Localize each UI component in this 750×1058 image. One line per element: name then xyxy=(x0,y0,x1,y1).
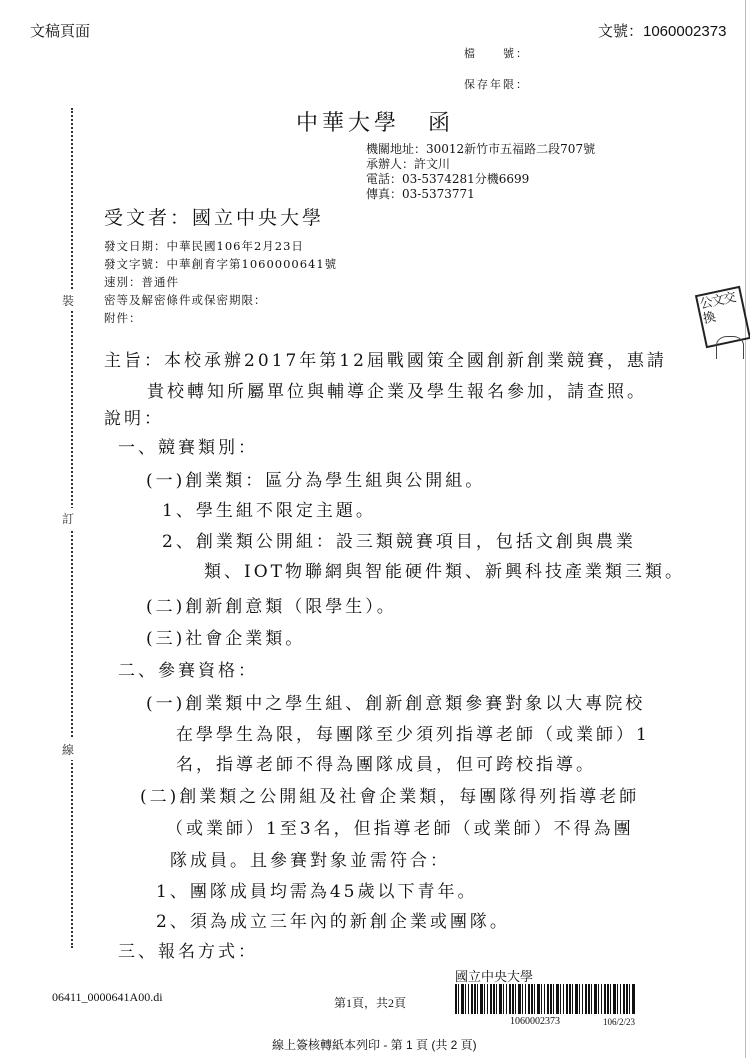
stamp-mark xyxy=(716,336,744,359)
body-line: (二)創業類之公開組及社會企業類，每團隊得列指導老師 xyxy=(140,782,639,807)
page-edge-line xyxy=(745,0,746,1058)
body-line: 類、IOT物聯網與智能硬件類、新興科技產業類三類。 xyxy=(204,557,685,582)
explanation-label: 說明： xyxy=(104,404,164,429)
body-line: （或業師）1至3名，但指導老師（或業師）不得為團 xyxy=(166,814,634,839)
sender-contact-person: 承辦人：許文川 xyxy=(366,157,595,172)
barcode-number: 1060002373 xyxy=(510,1016,560,1027)
title-organization: 中華大學 xyxy=(296,111,400,136)
sender-address: 機關地址：30012新竹市五福路二段707號 xyxy=(366,142,595,157)
confidentiality: 密等及解密條件或保密期限： xyxy=(104,292,267,308)
retention-period-label: 保存年限： xyxy=(464,76,529,92)
issue-reference-number: 發文字號：中華創育字第1060000641號 xyxy=(104,256,337,272)
body-line: 在學學生為限，每團隊至少須列指導老師（或業師）1 xyxy=(176,720,650,745)
binding-mark-xian: 線 xyxy=(62,739,74,760)
footer-file-name: 06411_0000641A00.di xyxy=(52,990,163,1005)
barcode-date: 106/2/23 xyxy=(603,1017,635,1027)
binding-mark-ding: 訂 xyxy=(62,508,74,529)
letter-title: 中華大學函 xyxy=(296,106,454,137)
sender-info: 機關地址：30012新竹市五福路二段707號 承辦人：許文川 電話：03-537… xyxy=(366,142,595,202)
section-heading: 三、報名方式： xyxy=(118,937,258,962)
body-line: (一)創業類中之學生組、創新創意類參賽對象以大專院校 xyxy=(146,689,645,714)
body-line: 隊成員。且參賽對象並需符合： xyxy=(170,846,450,871)
footer-page-indicator: 第1頁，共2頁 xyxy=(334,994,406,1011)
file-number-label: 檔 號： xyxy=(464,45,529,61)
barcode xyxy=(455,984,635,1014)
body-line: 2、創業類公開組：設三類競賽項目，包括文創與農業 xyxy=(162,527,636,552)
issue-date: 發文日期：中華民國106年2月23日 xyxy=(104,238,304,254)
body-line: (三)社會企業類。 xyxy=(146,624,305,649)
recipient: 受文者：國立中央大學 xyxy=(104,203,324,230)
binding-mark-zhuang: 裝 xyxy=(62,290,74,311)
delivery-speed: 速別：普通件 xyxy=(104,274,179,290)
sender-phone: 電話：03-5374281分機6699 xyxy=(366,172,595,187)
subject-line-2: 貴校轉知所屬單位與輔導企業及學生報名參加，請查照。 xyxy=(147,377,647,402)
section-heading: 二、參賽資格： xyxy=(118,656,258,681)
body-line: 1、學生組不限定主題。 xyxy=(162,496,376,521)
body-line: 名，指導老師不得為團隊成員，但可跨校指導。 xyxy=(176,750,596,775)
page-type-label: 文稿頁面 xyxy=(30,20,90,41)
attachments: 附件： xyxy=(104,310,142,326)
print-note: 線上簽核轉紙本列印 - 第 1 頁 (共 2 頁) xyxy=(272,1036,477,1053)
body-line: 2、須為成立三年內的新創企業或團隊。 xyxy=(156,907,510,932)
body-line: 1、團隊成員均需為45歲以下青年。 xyxy=(156,877,477,902)
body-line: (一)創業類：區分為學生組與公開組。 xyxy=(146,466,485,491)
body-line: (二)創新創意類（限學生）。 xyxy=(146,592,397,617)
section-heading: 一、競賽類別： xyxy=(118,433,258,458)
title-document-type: 函 xyxy=(428,111,454,136)
barcode-organization: 國立中央大學 xyxy=(455,966,533,985)
subject-line-1: 主旨：本校承辦2017年第12屆戰國策全國創新創業競賽，惠請 xyxy=(104,346,667,371)
document-number: 文號：1060002373 xyxy=(598,20,726,41)
sender-fax: 傳真：03-5373771 xyxy=(366,187,595,202)
